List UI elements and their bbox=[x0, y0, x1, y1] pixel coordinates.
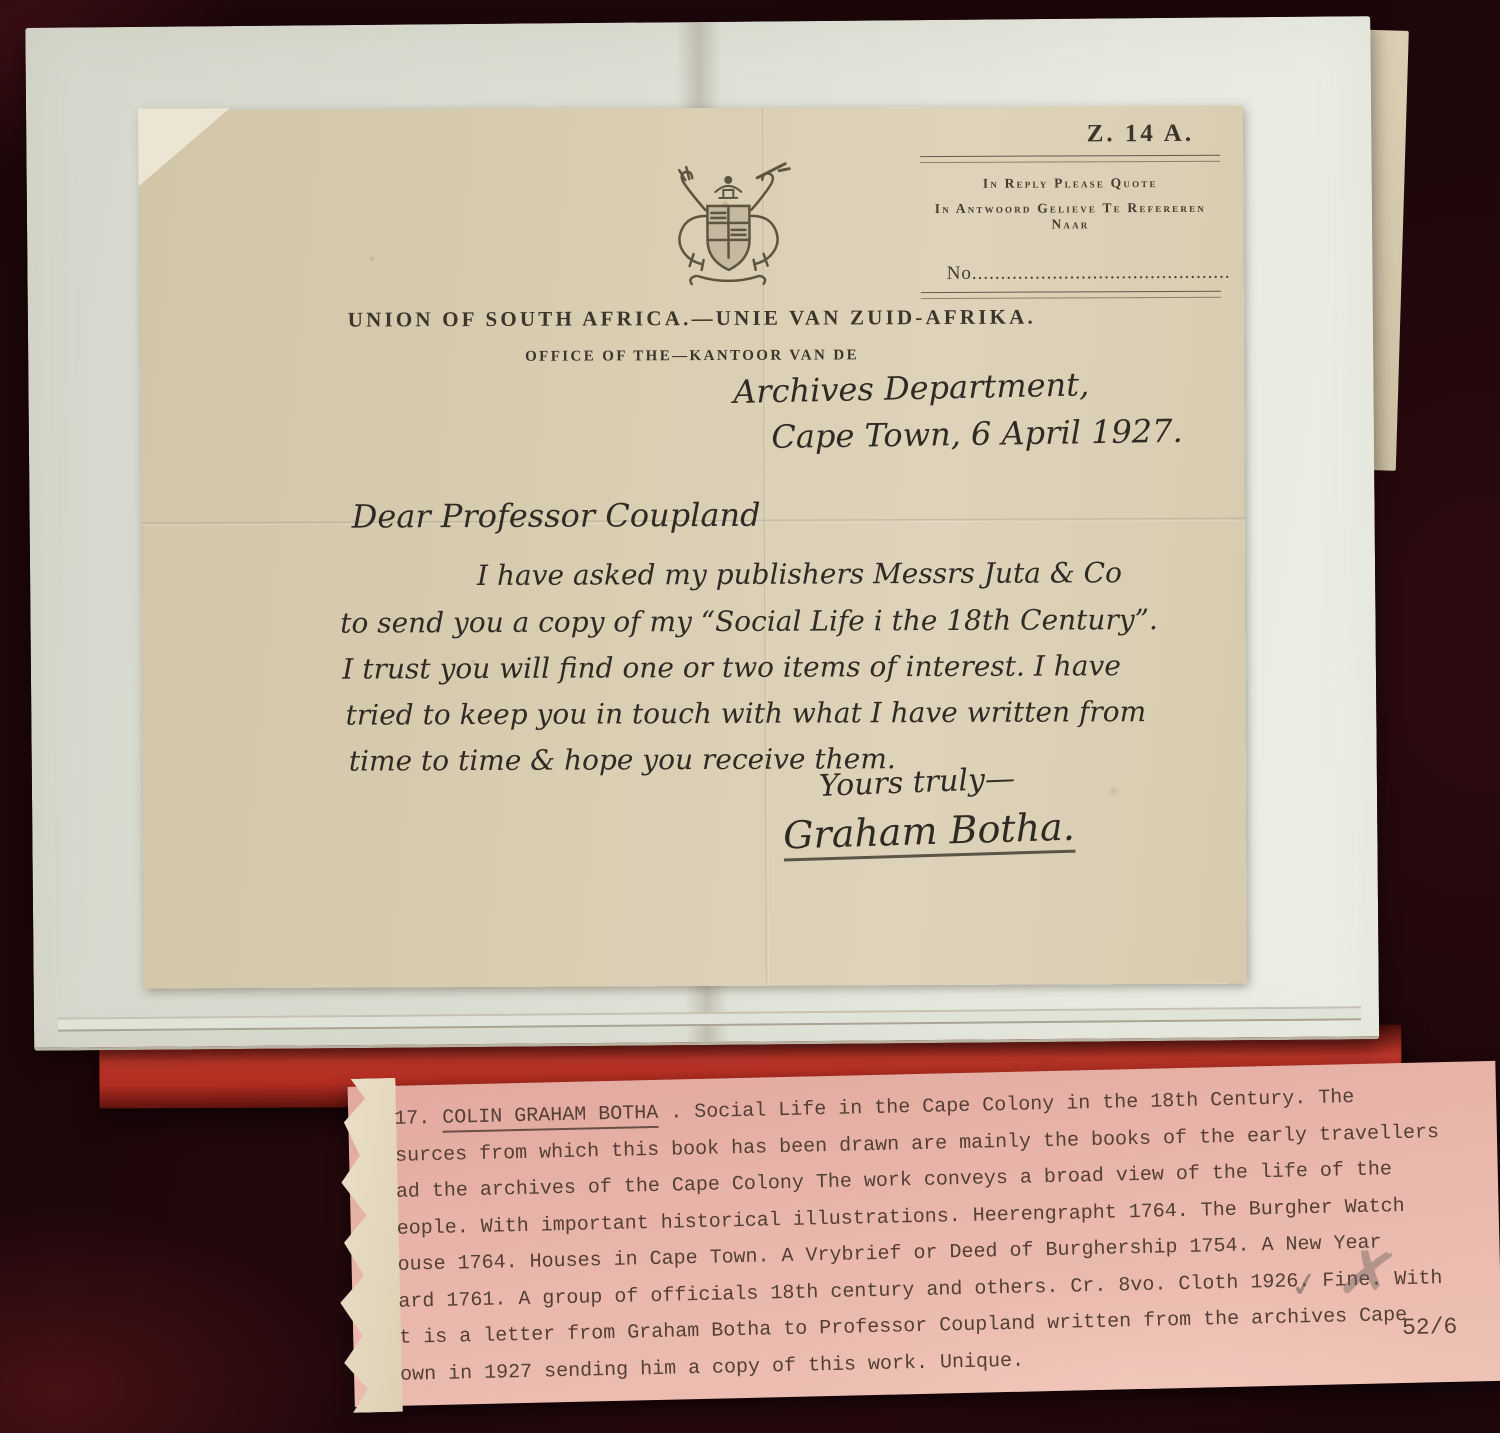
tipped-in-letter: Z. 14 A. In Reply Please Quote In Antwoo… bbox=[140, 106, 1247, 989]
open-book: Z. 14 A. In Reply Please Quote In Antwoo… bbox=[25, 16, 1379, 1110]
double-rule bbox=[920, 155, 1220, 163]
salutation: Dear Professor Coupland bbox=[352, 496, 761, 536]
closing: Yours truly— bbox=[818, 761, 1015, 804]
slip-price: 52/6 bbox=[1402, 1314, 1458, 1341]
catalog-slip: 17. COLIN GRAHAM BOTHA . Social Life in … bbox=[348, 1061, 1500, 1407]
double-rule bbox=[921, 291, 1221, 299]
slip-author-name: COLIN GRAHAM BOTHA bbox=[442, 1102, 659, 1133]
torn-paper-edge bbox=[331, 1078, 403, 1413]
letter-body-line: time to time & hope you receive them. bbox=[349, 742, 896, 777]
letterhead-office-heading: OFFICE OF THE—KANTOOR VAN DE bbox=[169, 346, 1215, 368]
number-line: No......................................… bbox=[921, 262, 1221, 285]
letter-body-line: tried to keep you in touch with what I h… bbox=[346, 695, 1147, 731]
handwritten-department: Archives Department, bbox=[733, 365, 1090, 411]
signature: Graham Botha. bbox=[782, 805, 1075, 858]
photo-of-open-book: { "letter": { "ref_code": "Z. 14 A.", "r… bbox=[0, 0, 1500, 1433]
letter-body-line: I trust you will find one or two items o… bbox=[342, 649, 1121, 685]
ref-code: Z. 14 A. bbox=[920, 120, 1220, 149]
letterhead-ref-block: Z. 14 A. In Reply Please Quote In Antwoo… bbox=[920, 120, 1221, 299]
reply-note-afrikaans: In Antwoord Gelieve te Refereren naar bbox=[920, 200, 1220, 233]
letterhead-country-heading: UNION OF SOUTH AFRICA.—UNIE VAN ZUID-AFR… bbox=[169, 304, 1215, 334]
coat-of-arms-icon bbox=[645, 158, 811, 314]
folded-corner bbox=[138, 108, 230, 186]
handwritten-place-date: Cape Town, 6 April 1927. bbox=[771, 412, 1183, 456]
reply-note-english: In Reply Please Quote bbox=[920, 175, 1220, 192]
slip-item-number: 17. bbox=[394, 1107, 443, 1131]
slip-typed-text: 17. COLIN GRAHAM BOTHA . Social Life in … bbox=[394, 1077, 1478, 1393]
letter-body-line: I have asked my publishers Messrs Juta &… bbox=[477, 556, 1122, 592]
letter-body-line: to send you a copy of my “Social Life i … bbox=[340, 603, 1158, 640]
